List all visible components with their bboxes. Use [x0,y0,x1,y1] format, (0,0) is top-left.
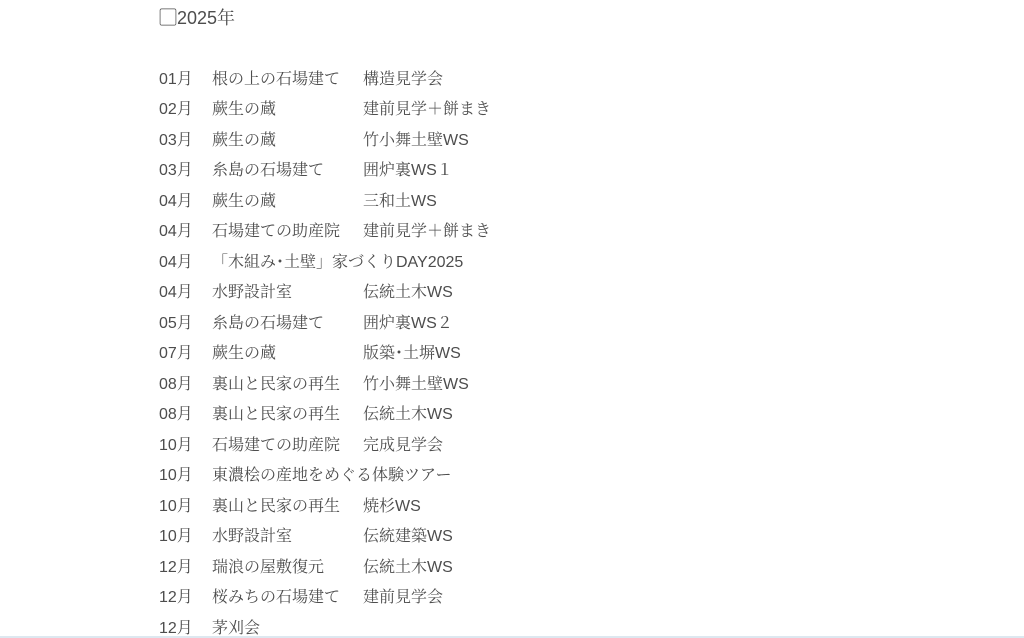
event-month: 04月 [159,215,212,246]
event-row: 04月蕨生の蔵三和土WS [159,184,563,215]
event-month: 10月 [159,459,212,490]
event-name: 竹小舞土壁WS [363,123,563,154]
event-name: 三和土WS [363,184,563,215]
event-month: 07月 [159,337,212,368]
event-row: 12月茅刈会 [159,611,563,638]
event-venue: 糸島の石場建て [212,154,363,185]
event-venue: 石場建ての助産院 [212,215,363,246]
event-month: 10月 [159,489,212,520]
event-row: 07月蕨生の蔵版築･土塀WS [159,337,563,368]
page-title: ▢2025年 [159,7,563,29]
event-row: 04月「木組み･土壁」家づくりDAY2025 [159,245,563,276]
event-venue: 東濃桧の産地をめぐる体験ツアー [212,459,563,490]
event-venue: 蕨生の蔵 [212,93,363,124]
event-month: 01月 [159,62,212,93]
event-month: 10月 [159,428,212,459]
event-venue: 裏山と民家の再生 [212,398,363,429]
event-venue: 水野設計室 [212,520,363,551]
event-name: 版築･土塀WS [363,337,563,368]
event-row: 04月石場建ての助産院建前見学＋餅まき [159,215,563,246]
event-row: 10月石場建ての助産院完成見学会 [159,428,563,459]
event-venue: 裏山と民家の再生 [212,367,363,398]
event-venue: 水野設計室 [212,276,363,307]
event-month: 04月 [159,276,212,307]
event-venue: 蕨生の蔵 [212,184,363,215]
event-month: 10月 [159,520,212,551]
event-row: 10月裏山と民家の再生焼杉WS [159,489,563,520]
event-month: 04月 [159,245,212,276]
event-name: 伝統土木WS [363,276,563,307]
event-month: 03月 [159,154,212,185]
event-month: 12月 [159,581,212,612]
event-row: 04月水野設計室伝統土木WS [159,276,563,307]
event-row: 03月蕨生の蔵竹小舞土壁WS [159,123,563,154]
event-venue: 蕨生の蔵 [212,337,363,368]
event-schedule-section: ▢2025年 01月根の上の石場建て構造見学会02月蕨生の蔵建前見学＋餅まき03… [159,7,563,638]
event-month: 08月 [159,398,212,429]
event-month: 03月 [159,123,212,154]
event-venue: 茅刈会 [212,611,563,638]
event-venue: 糸島の石場建て [212,306,363,337]
event-month: 04月 [159,184,212,215]
event-row: 01月根の上の石場建て構造見学会 [159,62,563,93]
event-month: 12月 [159,611,212,638]
event-name: 建前見学会 [363,581,563,612]
event-name: 建前見学＋餅まき [363,93,563,124]
event-row: 10月東濃桧の産地をめぐる体験ツアー [159,459,563,490]
event-name: 囲炉裏WS２ [363,306,563,337]
event-month: 02月 [159,93,212,124]
event-venue: 裏山と民家の再生 [212,489,363,520]
event-row: 02月蕨生の蔵建前見学＋餅まき [159,93,563,124]
events-table-body: 01月根の上の石場建て構造見学会02月蕨生の蔵建前見学＋餅まき03月蕨生の蔵竹小… [159,62,563,638]
event-name: 伝統土木WS [363,550,563,581]
event-row: 12月桜みちの石場建て建前見学会 [159,581,563,612]
events-table: 01月根の上の石場建て構造見学会02月蕨生の蔵建前見学＋餅まき03月蕨生の蔵竹小… [159,62,563,638]
event-venue: 「木組み･土壁」家づくりDAY2025 [212,245,563,276]
event-row: 12月瑞浪の屋敷復元伝統土木WS [159,550,563,581]
event-month: 05月 [159,306,212,337]
event-venue: 石場建ての助産院 [212,428,363,459]
event-name: 焼杉WS [363,489,563,520]
event-name: 竹小舞土壁WS [363,367,563,398]
event-venue: 瑞浪の屋敷復元 [212,550,363,581]
event-row: 08月裏山と民家の再生竹小舞土壁WS [159,367,563,398]
event-month: 12月 [159,550,212,581]
event-name: 伝統土木WS [363,398,563,429]
event-row: 03月糸島の石場建て囲炉裏WS１ [159,154,563,185]
event-name: 完成見学会 [363,428,563,459]
event-row: 10月水野設計室伝統建築WS [159,520,563,551]
event-name: 建前見学＋餅まき [363,215,563,246]
event-row: 05月糸島の石場建て囲炉裏WS２ [159,306,563,337]
event-name: 伝統建築WS [363,520,563,551]
event-venue: 桜みちの石場建て [212,581,363,612]
event-venue: 蕨生の蔵 [212,123,363,154]
event-name: 囲炉裏WS１ [363,154,563,185]
event-row: 08月裏山と民家の再生伝統土木WS [159,398,563,429]
event-name: 構造見学会 [363,62,563,93]
event-month: 08月 [159,367,212,398]
event-venue: 根の上の石場建て [212,62,363,93]
